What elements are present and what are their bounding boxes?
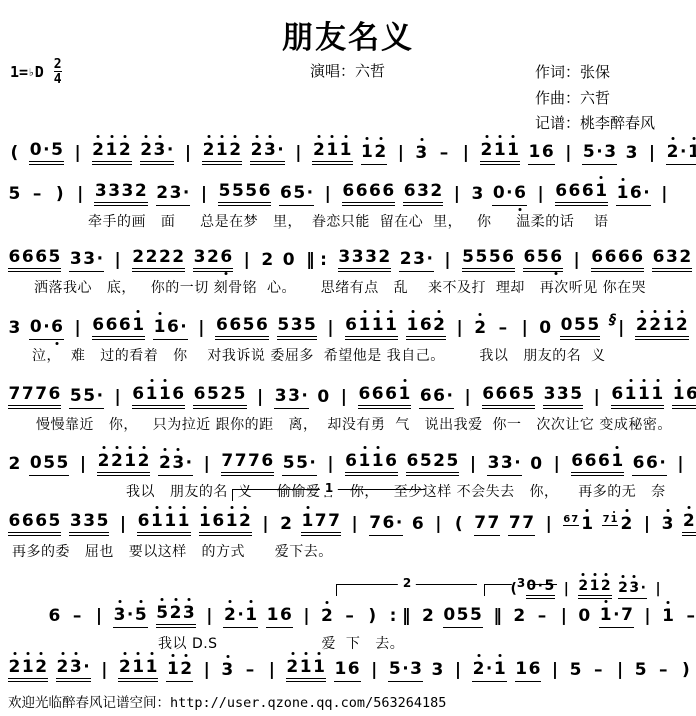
note-group: 2 [280, 514, 293, 536]
notation-line-9: 21223·|21112|3–|21116|5·33|2·116|5–|5–)‖ [8, 650, 696, 682]
note-group: 65· [279, 183, 314, 206]
system-5: 777655·|61166525|33·0|666166·|6665335|61… [8, 377, 696, 434]
note-group: 23· [140, 140, 175, 165]
note-group: 055 [560, 315, 600, 340]
lyrics-line-7: 再多的委 屈也 要以这样 的方式 爱下去。 [12, 541, 696, 561]
notation-line-2: 5–)|333223·|555665·|6666632|30·6|666116·… [8, 174, 696, 206]
note-group: ‖ [491, 606, 505, 628]
note-group: 2 [513, 606, 526, 628]
note-group: | [675, 454, 687, 476]
song-title: 朋友名义 [0, 12, 696, 57]
system-1: (0·5|21223·|21223·|21112|3–|21116|5·33|2… [8, 133, 696, 165]
notation-line-7: 6665335|61111612|2177|76·6|(7777|671712|… [8, 504, 696, 536]
note-group: – [590, 660, 606, 682]
note-group: 12 [166, 659, 193, 682]
note-group: 6525 [406, 451, 459, 476]
note-group: 66· [632, 453, 667, 476]
note-group: | [535, 184, 547, 206]
note-group: 1612 [199, 511, 252, 536]
note-group: | [72, 318, 84, 340]
note-group: 211 [286, 657, 326, 682]
note-group: 632 [403, 181, 443, 206]
note-group: 33· [274, 386, 309, 409]
note-group: 6661 [555, 181, 608, 206]
note-group: 2212 [97, 451, 150, 476]
note-group: 335 [69, 511, 109, 536]
note-group: | [460, 143, 472, 165]
note-group: | [519, 318, 531, 340]
note-group: | [75, 184, 87, 206]
note-group: 33· [69, 249, 104, 272]
note-group: 055 [29, 453, 69, 476]
footer-text: 欢迎光临醉春风记谱空间： [8, 695, 170, 711]
note-group: 212 [8, 657, 48, 682]
time-signature: 2 4 [54, 58, 62, 86]
note-group: 33· [487, 453, 522, 476]
note-group: | [182, 143, 194, 165]
system-9: 21223·|21112|3–|21116|5·33|2·116|5–|5–)‖ [8, 650, 696, 682]
note-group: | [112, 387, 124, 409]
note-group: | [196, 318, 208, 340]
note-group: 3 [431, 660, 444, 682]
note-group: | [117, 514, 129, 536]
note-group: | [322, 184, 334, 206]
note-group: 2212 [635, 315, 688, 340]
note-group: 162 [406, 315, 446, 340]
note-group: | [433, 514, 445, 536]
note-group: 2 [421, 606, 434, 628]
key-note: D [35, 63, 44, 81]
note-group: 77 [474, 513, 501, 536]
note-group: – [683, 606, 696, 628]
note-group: | [442, 250, 454, 272]
note-group: | [77, 454, 89, 476]
system-2: 5–)|333223·|555665·|6666632|30·6|666116·… [8, 174, 696, 231]
note-group: | [551, 454, 563, 476]
pickup-notes: (0·5|21223·| [508, 572, 670, 599]
note-group: ) [366, 606, 379, 628]
note-group: 16 [266, 605, 293, 628]
note-group: | [349, 514, 361, 536]
note-group: | [642, 606, 654, 628]
note-group: | [198, 184, 210, 206]
note-group: 1612 [672, 384, 696, 409]
note-group: 671 [563, 514, 594, 536]
grace-notes: 67 [563, 514, 579, 526]
footer-url: http://user.qzone.qq.com/563264185 [170, 695, 446, 711]
note-group: ) [53, 184, 66, 206]
flat-icon: ♭ [28, 66, 35, 79]
note-group: | [260, 514, 272, 536]
note-group: ( [8, 143, 21, 165]
note-group: 3·5 [113, 605, 148, 628]
note-group: | [99, 660, 111, 682]
lyrics-line-3: 洒落我心 底， 你的一切 刻骨铭 心。 思绪有点 乱 来不及打 理却 再次听见 … [34, 277, 696, 297]
lyrics-line-4: 泣， 难 过的看着 你 对我诉说 委屈多 希望他是 我自己。 我以 朋友的名 义 [32, 345, 696, 365]
note-group: – [242, 660, 258, 682]
note-group: | [549, 660, 561, 682]
lyrics-line-2: 牵手的画 面 总是在梦 里， 眷恋只能 留在心 里， 你 温柔的话 语 [88, 211, 696, 231]
note-group: | [452, 660, 464, 682]
note-group: 6656 [215, 315, 268, 340]
note-group: 1·7 [599, 605, 634, 628]
note-group: 212 [202, 140, 242, 165]
note-group: 0 [578, 606, 591, 628]
volta-bracket-2: 2 [336, 584, 477, 596]
note-group: )‖ [680, 660, 696, 682]
notation-line-3: 666533·|2222326|20‖:333223·|5556656|6666… [8, 240, 696, 272]
credits-block: 作词：张保 作曲：六哲 记谱：桃李醉春风 [535, 60, 655, 137]
notation-line-6: 2055|221223·|777655·|61166525|33·0|66616… [8, 444, 696, 476]
note-group: 23· [250, 140, 285, 165]
notation-line-4: 30·6|666116·|6656535|6111162|2–|0055§|22… [8, 308, 696, 340]
note-group: – [342, 606, 358, 628]
system-8: 6–|3·5523|2·116|2–):‖2055‖2–|01·7|1–| 我以… [8, 596, 696, 653]
footer: 欢迎光临醉春风记谱空间：http://user.qzone.qq.com/563… [8, 691, 446, 711]
note-group: 6661 [571, 451, 624, 476]
note-group: – [436, 143, 452, 165]
note-group: | [395, 143, 407, 165]
volta-1-label: 1 [320, 481, 338, 495]
note-group: §| [608, 318, 627, 340]
note-group: 523 [156, 603, 196, 628]
note-group: | [641, 514, 653, 536]
note-group: 6665 [8, 247, 61, 272]
note-group: 055 [443, 605, 483, 628]
note-group: 3 [415, 143, 428, 165]
note-group: 3 [625, 143, 638, 165]
note-group: 2222 [132, 247, 185, 272]
note-group: 5·3 [388, 659, 423, 682]
composer-credit: 作曲：六哲 [535, 86, 655, 112]
note-group: 6661 [92, 315, 145, 340]
note-group: 3332 [94, 181, 147, 206]
note-group: 6 [411, 514, 424, 536]
note-group: | [72, 143, 84, 165]
note-group: | [266, 660, 278, 682]
notation-line-5: 777655·|61166525|33·0|666166·|6665335|61… [8, 377, 696, 409]
note-group: | [659, 184, 671, 206]
note-group: | [454, 318, 466, 340]
note-group: 2·1 [223, 605, 258, 628]
note-group: 2 [8, 454, 21, 476]
note-group: ( [452, 514, 465, 536]
note-group: | [93, 606, 105, 628]
note-group: 0·6 [29, 317, 64, 340]
note-group: 5556 [218, 181, 271, 206]
key-prefix: 1= [10, 63, 28, 81]
note-group: 16 [515, 659, 542, 682]
note-group: 16 [528, 142, 555, 165]
note-group: | [325, 454, 337, 476]
notation-line-8: 6–|3·5523|2·116|2–):‖2055‖2–|01·7|1–| [48, 596, 696, 628]
notation-line-1: (0·5|21223·|21223·|21112|3–|21116|5·33|2… [8, 133, 696, 165]
note-group: 0·5 [29, 140, 64, 165]
note-group: 55· [282, 453, 317, 476]
lyrics-line-5: 慢慢靠近 你， 只为拉近 跟你的距 离， 却没有勇 气 说出我爱 你一 次次让它… [36, 414, 696, 434]
note-group: | [201, 454, 213, 476]
note-group: 535 [277, 315, 317, 340]
note-group: 6111 [611, 384, 664, 409]
lyricist-credit: 作词：张保 [535, 60, 655, 86]
note-group: 3 [471, 184, 484, 206]
note-group: 23· [156, 183, 191, 206]
note-group: 6116 [345, 451, 398, 476]
note-group: – [29, 184, 45, 206]
note-group: | [467, 454, 479, 476]
note-group: 0 [530, 454, 543, 476]
note-group: | [301, 606, 313, 628]
note-group: 66· [419, 386, 454, 409]
note-group: 5556 [462, 247, 515, 272]
note-group: | [451, 184, 463, 206]
note-group: 211 [480, 140, 520, 165]
note-group: 77 [508, 513, 535, 536]
note-group: – [495, 318, 511, 340]
note-group: 16· [616, 183, 651, 206]
note-group: 0·6 [492, 183, 527, 206]
note-group: | [558, 606, 570, 628]
note-group: 3 [661, 514, 674, 536]
note-group: | [255, 387, 267, 409]
note-group: 6116 [132, 384, 185, 409]
note-group: 6665 [482, 384, 535, 409]
note-group: 76· [369, 513, 404, 536]
note-group: | [325, 318, 337, 340]
note-group: 2 [321, 606, 334, 628]
note-group: 6111 [345, 315, 398, 340]
note-group: 5 [569, 660, 582, 682]
note-group: 23· [399, 249, 434, 272]
note-group: 3 [221, 660, 234, 682]
note-group: 2·1 [666, 142, 696, 165]
system-3: 666533·|2222326|20‖:333223·|5556656|6666… [8, 240, 696, 297]
note-group: | [201, 660, 213, 682]
note-group: 211 [118, 657, 158, 682]
note-group: 3 [8, 318, 21, 340]
note-group: 211 [312, 140, 352, 165]
note-group: | [462, 387, 474, 409]
note-group: ‖: [304, 250, 330, 272]
note-group: 3332 [338, 247, 391, 272]
note-group: 16· [153, 317, 188, 340]
note-group: | [369, 660, 381, 682]
note-group: 5·3 [582, 142, 617, 165]
volta-2-label: 2 [398, 576, 416, 590]
note-group: 6665 [8, 511, 61, 536]
note-group: 712 [602, 514, 633, 536]
note-group: 335 [543, 384, 583, 409]
note-group: 5 [8, 184, 21, 206]
time-numerator: 2 [54, 58, 62, 71]
sheet-music-page: 朋友名义 1=♭D 2 4 演唱：六哲 作词：张保 作曲：六哲 记谱：桃李醉春风… [0, 0, 696, 716]
time-denominator: 4 [54, 71, 62, 86]
note-group: 6111 [137, 511, 190, 536]
note-group: 177 [301, 511, 341, 536]
note-group: 0 [539, 318, 552, 340]
note-group: 5 [634, 660, 647, 682]
note-group: | [646, 143, 658, 165]
note-group: 2123 [682, 511, 696, 536]
performer-credit: 演唱：六哲 [310, 60, 385, 81]
note-group: | [591, 387, 603, 409]
note-group: 656 [523, 247, 563, 272]
note-group: 2 [474, 318, 487, 340]
system-7: 6665335|61111612|2177|76·6|(7777|671712|… [8, 504, 696, 561]
note-group: | [293, 143, 305, 165]
key-signature: 1=♭D 2 4 [10, 58, 62, 86]
note-group: | [241, 250, 253, 272]
note-group: | [571, 250, 583, 272]
note-group: 6666 [342, 181, 395, 206]
note-group: 16 [334, 659, 361, 682]
note-group: 326 [193, 247, 233, 272]
volta-bracket-1: 1 [232, 489, 425, 501]
note-group: 7776 [8, 384, 61, 409]
barline: | [618, 318, 626, 338]
note-group: | [543, 514, 555, 536]
grace-notes: 71 [602, 514, 618, 526]
note-group: 212 [92, 140, 132, 165]
note-group: | [204, 606, 216, 628]
note-group: 23· [56, 657, 91, 682]
note-group: | [112, 250, 124, 272]
note-group: 2·1 [472, 659, 507, 682]
note-group: 6666 [591, 247, 644, 272]
note-group: | [338, 387, 350, 409]
note-group: 2 [261, 250, 274, 272]
note-group: 0 [282, 250, 295, 272]
note-group: – [656, 660, 672, 682]
note-group: 632 [652, 247, 692, 272]
note-group: 1 [662, 606, 675, 628]
note-group: – [69, 606, 85, 628]
note-group: :‖ [387, 606, 413, 628]
note-group: | [614, 660, 626, 682]
note-group: 7776 [221, 451, 274, 476]
note-group: – [534, 606, 550, 628]
note-group: 6 [48, 606, 61, 628]
note-group: 23· [158, 453, 193, 476]
note-group: 55· [69, 386, 104, 409]
note-group: 12 [361, 142, 388, 165]
segno-icon: § [609, 312, 617, 328]
pickup-phrase: (0·5|21223·| [508, 572, 670, 599]
note-group: 0 [317, 387, 330, 409]
note-group: 6661 [358, 384, 411, 409]
note-group: | [563, 143, 575, 165]
system-4: 30·6|666116·|6656535|6111162|2–|0055§|22… [8, 308, 696, 365]
note-group: 6525 [193, 384, 246, 409]
